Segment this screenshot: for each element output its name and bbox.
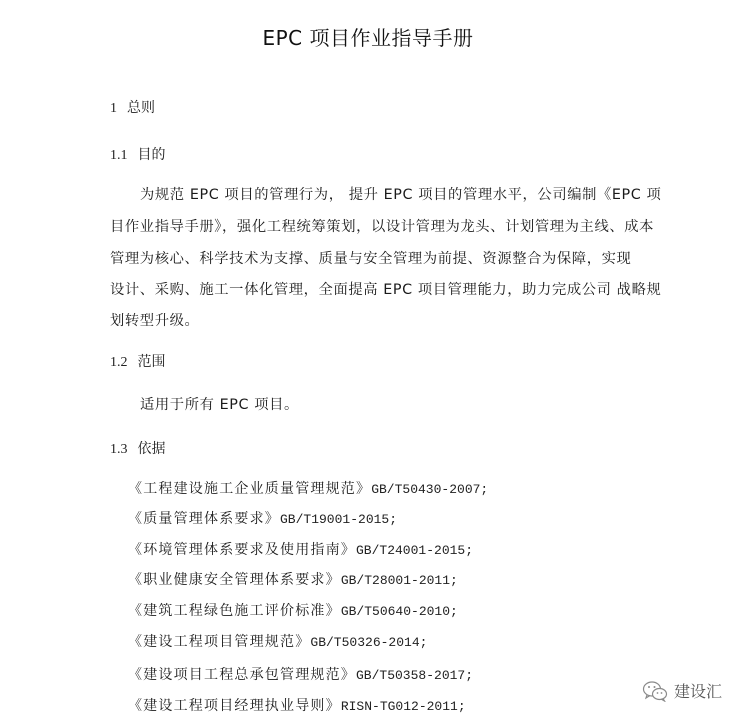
reference-code: GB/T50358-2017; xyxy=(356,668,473,683)
section-number: 1.3 xyxy=(110,442,128,457)
reference-name: 《质量管理体系要求》 xyxy=(128,511,280,527)
section-title: 总则 xyxy=(127,100,155,116)
section-heading-1-1: 1.1目的 xyxy=(110,144,166,164)
reference-item: 《工程建设施工企业质量管理规范》GB/T50430-2007; xyxy=(128,478,488,498)
reference-code: GB/T50326-2014; xyxy=(310,635,427,650)
reference-code: GB/T28001-2011; xyxy=(341,573,458,588)
reference-item: 《建设项目工程总承包管理规范》GB/T50358-2017; xyxy=(128,664,473,684)
paragraph-line: 设计、采购、施工一体化管理，全面提高 EPC 项目管理能力，助力完成公司 战略规 xyxy=(110,279,661,299)
reference-name: 《建设项目工程总承包管理规范》 xyxy=(128,667,356,683)
reference-code: GB/T19001-2015; xyxy=(280,512,397,527)
section-heading-1-2: 1.2范围 xyxy=(110,351,166,371)
document-page: EPC 项目作业指导手册 1总则 1.1目的 为规范 EPC 项目的管理行为， … xyxy=(0,0,736,716)
reference-code: GB/T50430-2007; xyxy=(371,482,488,497)
reference-code: GB/T50640-2010; xyxy=(341,604,458,619)
paragraph-line: 为规范 EPC 项目的管理行为， 提升 EPC 项目的管理水平，公司编制《EPC… xyxy=(140,184,661,204)
watermark-label: 建设汇 xyxy=(674,679,722,702)
watermark: 建设汇 xyxy=(642,679,722,702)
reference-item: 《建设工程项目管理规范》GB/T50326-2014; xyxy=(128,631,427,651)
section-number: 1.1 xyxy=(110,148,128,163)
paragraph-line: 划转型升级。 xyxy=(110,310,199,330)
section-number: 1 xyxy=(110,101,117,116)
reference-item: 《建设工程项目经理执业导则》RISN-TG012-2011; xyxy=(128,695,466,715)
section-number: 1.2 xyxy=(110,355,128,370)
section-title: 依据 xyxy=(138,441,166,457)
paragraph-line: 目作业指导手册》，强化工程统筹策划，以设计管理为龙头、计划管理为主线、成本 xyxy=(110,216,654,236)
section-title: 目的 xyxy=(138,147,166,163)
reference-name: 《工程建设施工企业质量管理规范》 xyxy=(128,481,371,497)
scope-text: 适用于所有 EPC 项目。 xyxy=(140,394,299,414)
reference-name: 《建设工程项目经理执业导则》 xyxy=(128,698,341,714)
paragraph-line: 管理为核心、科学技术为支撑、质量与安全管理为前提、资源整合为保障，实现 xyxy=(110,248,631,268)
reference-item: 《建筑工程绿色施工评价标准》GB/T50640-2010; xyxy=(128,600,458,620)
reference-name: 《职业健康安全管理体系要求》 xyxy=(128,572,341,588)
reference-name: 《建设工程项目管理规范》 xyxy=(128,634,310,650)
section-heading-1-3: 1.3依据 xyxy=(110,438,166,458)
section-heading-1: 1总则 xyxy=(110,97,155,117)
reference-item: 《职业健康安全管理体系要求》GB/T28001-2011; xyxy=(128,569,458,589)
reference-code: RISN-TG012-2011; xyxy=(341,699,466,714)
reference-item: 《质量管理体系要求》GB/T19001-2015; xyxy=(128,508,397,528)
reference-item: 《环境管理体系要求及使用指南》GB/T24001-2015; xyxy=(128,539,473,559)
wechat-icon xyxy=(642,680,668,702)
reference-name: 《环境管理体系要求及使用指南》 xyxy=(128,542,356,558)
section-title: 范围 xyxy=(138,354,166,370)
reference-name: 《建筑工程绿色施工评价标准》 xyxy=(128,603,341,619)
document-title: EPC 项目作业指导手册 xyxy=(0,22,736,51)
reference-code: GB/T24001-2015; xyxy=(356,543,473,558)
